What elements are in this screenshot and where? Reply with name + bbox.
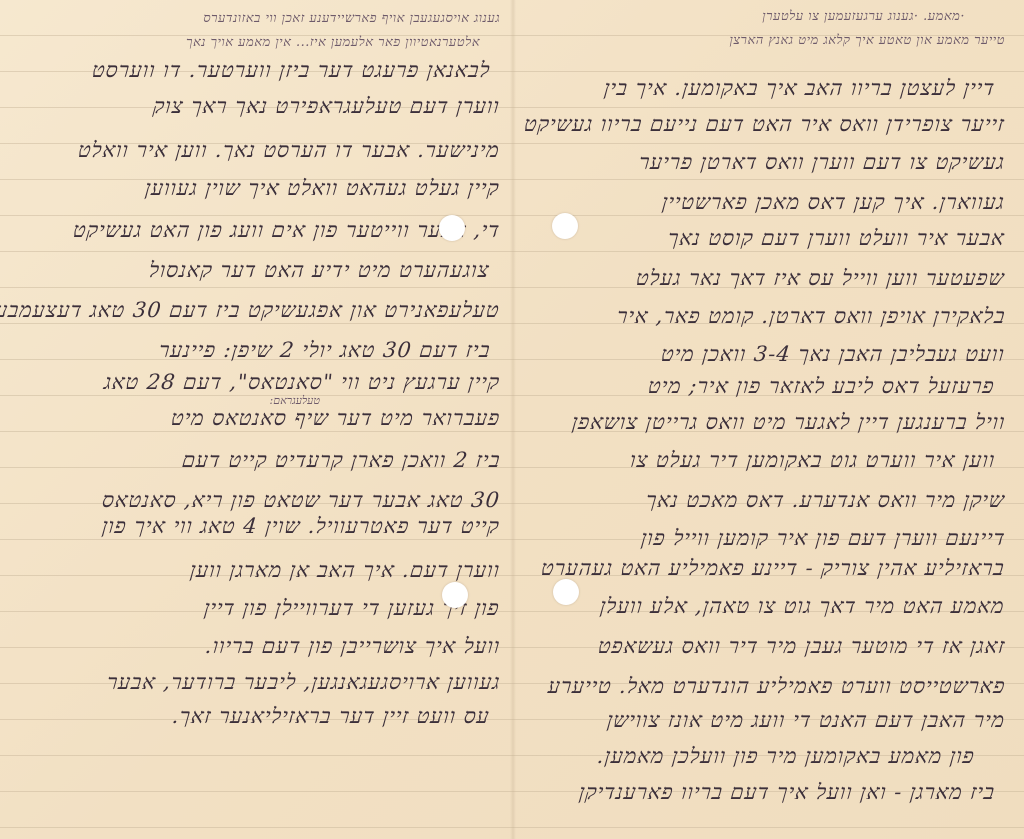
text-line: צוגעהערט מיט ידיע האט דער קאנסול (148, 258, 491, 283)
text-line: לבאנאן פרעגט דער ביזן ווערטער. דו ווערסט (90, 58, 491, 83)
punch-hole (552, 213, 578, 239)
text-line: זאגן אז די מוטער געבן מיר דיר וואס געשאפ… (597, 634, 1007, 659)
text-line: פארשטייסט ווערט פאמיליע הונדערט מאל. טיי… (546, 674, 1006, 699)
text-line: דיינעם ווערן דעם פון איר קומען ווייל פון (639, 526, 1006, 551)
text-line: בראזיליע אהין צוריק - דיינע פאמיליע האט … (540, 556, 1006, 581)
text-line: וועל איך צושרייבן פון דעם בריוו. (203, 634, 501, 659)
text-line: 30 טאג אבער דער שטאט פון ריא, סאנטאס (101, 488, 502, 513)
text-line: דיין לעצטן בריוו האב איך באקומען. איך בי… (603, 76, 997, 101)
punch-hole (442, 582, 468, 608)
text-line: שפעטער ווען ווייל עס איז דאך נאר געלט (635, 266, 1006, 291)
text-line: ווען איר ווערט גוט באקומען דיר געלט צו (629, 448, 997, 473)
text-line: קיין ערגעץ ניט ווי "סאנטאס", דעם 28 טאג (103, 370, 502, 395)
text-line: געווען ארויסגעגאנגען, ליבער ברודער, אבער (105, 670, 501, 695)
top-note: ·מאמע. ·גענוג ערגעזעמען צו עלטערן (762, 8, 965, 24)
text-line: פרעזעל דאס ליבע לאזאר פון איר; מיט (647, 374, 996, 399)
punch-hole (439, 215, 465, 241)
text-line: בלאקירן אויפן וואס דארטן. קומט פאר, איר (615, 304, 1006, 329)
text-line: אבער איר וועלט ווערן דעם קוסט נאך (667, 226, 1006, 251)
text-line: וויל ברענגען דיין לאגער מיט וואס גרייטן … (570, 410, 1006, 435)
text-line: מינישער. אבער דו הערסט נאך. ווען איר ווא… (77, 138, 501, 163)
text-line: מיר האבן דעם האנט די וועג מיט אונז צוויש… (606, 708, 1007, 733)
text-line: געשיקט צו דעם ווערן וואס דארטן פריער (638, 150, 1006, 175)
text-line: פון מאמע באקומען מיר פון וועלכן מאמען. (596, 744, 976, 769)
text-line: ביז מארגן - ואן וועל איך דעם בריוו פארענ… (578, 780, 997, 805)
right-page: ·מאמע. ·גענוג ערגעזעמען צו עלטערן טייער … (530, 0, 1005, 839)
text-line: ווערן דעם. איך האב אן מארגן ווען (189, 558, 502, 583)
text-line: מאמע האט מיר דאך גוט צו טאהן, אלע וועלן (599, 594, 1006, 619)
top-note: אלטערנאטיוון פאר אלעמען איז... אין מאמע … (186, 34, 480, 50)
top-note: טייער מאמע און טאטע איך קלאג מיט גאנץ הא… (729, 32, 1005, 48)
punch-hole (553, 579, 579, 605)
text-line: טעלעפאנירט און אפגעשיקט ביז דעם 30 טאג ד… (0, 298, 501, 323)
text-line: עס וועט זיין דער בראזיליאנער זאך. (171, 704, 491, 729)
text-line: ביז דעם 30 טאג יולי 2 שיפן: פיינער (157, 338, 491, 363)
text-line: קיין געלט געהאט וואלט איך שוין געווען (144, 176, 501, 201)
top-note: גענוג אויסגעגעבן אויף פארשיידענע זאכן וו… (203, 10, 500, 26)
text-line: פעברואר מיט דער שיף סאנטאס מיט (170, 406, 502, 431)
text-line: ווערן דעם טעלעגראפירט נאך ראך צוק (152, 94, 501, 119)
letter-sheet: גענוג אויסגעגעבן אויף פארשיידענע זאכן וו… (0, 0, 1024, 839)
center-fold (510, 0, 516, 839)
text-line: זייער צופרידן וואס איר האט דעם נייעם ברי… (523, 112, 1006, 137)
text-line: קייט דער פאטרעוויל. שוין 4 טאג ווי איך פ… (101, 514, 501, 539)
text-line: וועט געבליבן האבן נאך 3-4 וואכן מיט (660, 342, 1006, 367)
text-line: געווארן. איך קען דאס מאכן פארשטיין (661, 190, 1006, 215)
text-line: שיקן מיר וואס אנדערע. דאס מאכט נאך (645, 488, 1006, 513)
text-line: די, אבער ווייטער פון אים וועג פון האט גע… (72, 218, 502, 243)
text-line: ביז 2 וואכן פארן קרעדיט קייט דעם (180, 448, 501, 473)
left-page: גענוג אויסגעגעבן אויף פארשיידענע זאכן וו… (20, 0, 500, 839)
